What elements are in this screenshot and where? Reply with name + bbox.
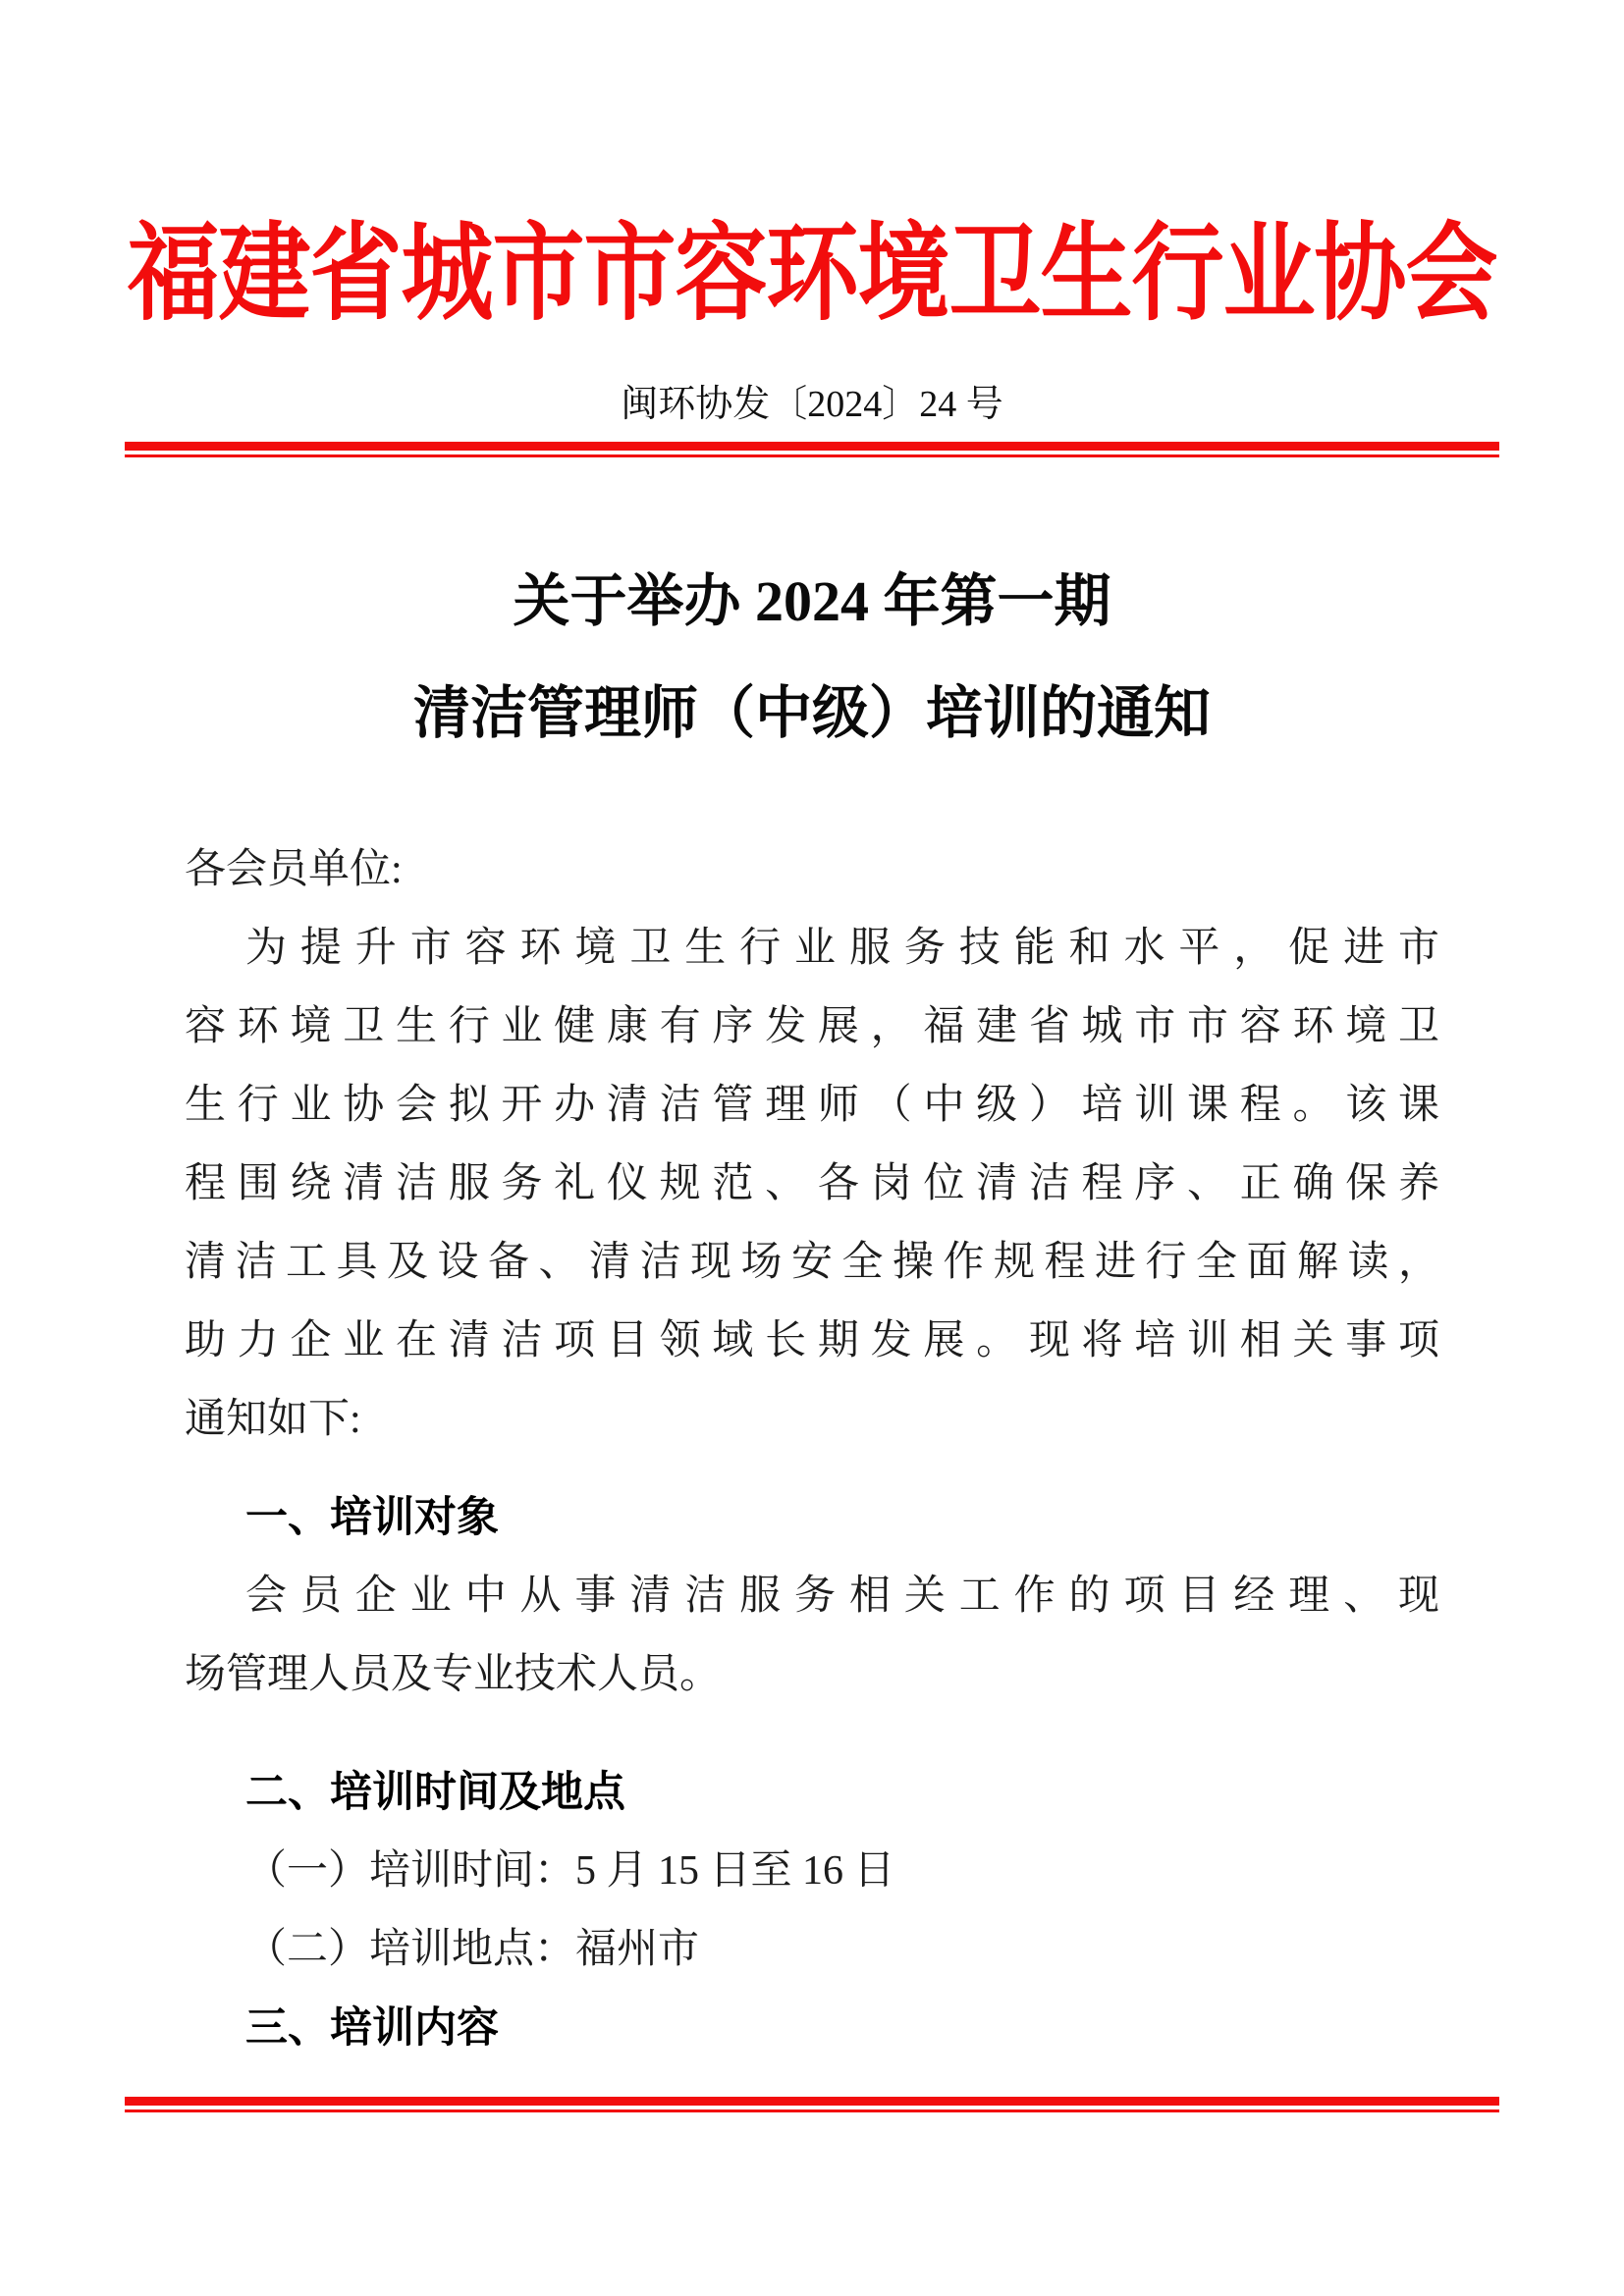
section1-line: 场管理人员及专业技术人员。 [185, 1635, 1439, 1714]
footer-rule-thin-bar [125, 2109, 1499, 2112]
paragraph-line: 生行业协会拟开办清洁管理师（中级）培训课程。该课 [185, 1066, 1439, 1145]
notice-title-line1: 关于举办 2024 年第一期 [0, 546, 1624, 658]
footer-rule-thick-bar [125, 2097, 1499, 2106]
document-body: 各会员单位: 为提升市容环境卫生行业服务技能和水平，促进市 容环境卫生行业健康有… [185, 830, 1439, 2067]
section3-heading: 三、培训内容 [185, 1989, 1439, 2067]
paragraph-line: 为提升市容环境卫生行业服务技能和水平，促进市 [185, 909, 1439, 988]
salutation: 各会员单位: [185, 830, 1439, 909]
notice-title-line2: 清洁管理师（中级）培训的通知 [0, 658, 1624, 770]
header-rule-thin-bar [125, 454, 1499, 457]
paragraph-line: 程围绕清洁服务礼仪规范、各岗位清洁程序、正确保养 [185, 1145, 1439, 1223]
section2-item-time: （一）培训时间：5 月 15 日至 16 日 [185, 1832, 1439, 1910]
document-number: 闽环协发〔2024〕24 号 [0, 379, 1624, 430]
header-rule-thick-bar [125, 442, 1499, 451]
section1-heading: 一、培训对象 [185, 1478, 1439, 1557]
association-name-letterhead: 福建省城市市容环境卫生行业协会 [0, 209, 1624, 342]
section2-item-location: （二）培训地点：福州市 [185, 1910, 1439, 1989]
notice-title: 关于举办 2024 年第一期 清洁管理师（中级）培训的通知 [0, 546, 1624, 770]
document-page: 福建省城市市容环境卫生行业协会 闽环协发〔2024〕24 号 关于举办 2024… [0, 0, 1624, 2296]
paragraph-line: 清洁工具及设备、清洁现场安全操作规程进行全面解读， [185, 1223, 1439, 1302]
paragraph-line: 通知如下: [185, 1380, 1439, 1459]
section2-heading: 二、培训时间及地点 [185, 1753, 1439, 1832]
section1-line: 会员企业中从事清洁服务相关工作的项目经理、现 [185, 1557, 1439, 1635]
paragraph-line: 助力企业在清洁项目领域长期发展。现将培训相关事项 [185, 1302, 1439, 1380]
header-rule [125, 442, 1499, 457]
footer-rule [125, 2097, 1499, 2112]
paragraph-line: 容环境卫生行业健康有序发展，福建省城市市容环境卫 [185, 988, 1439, 1066]
